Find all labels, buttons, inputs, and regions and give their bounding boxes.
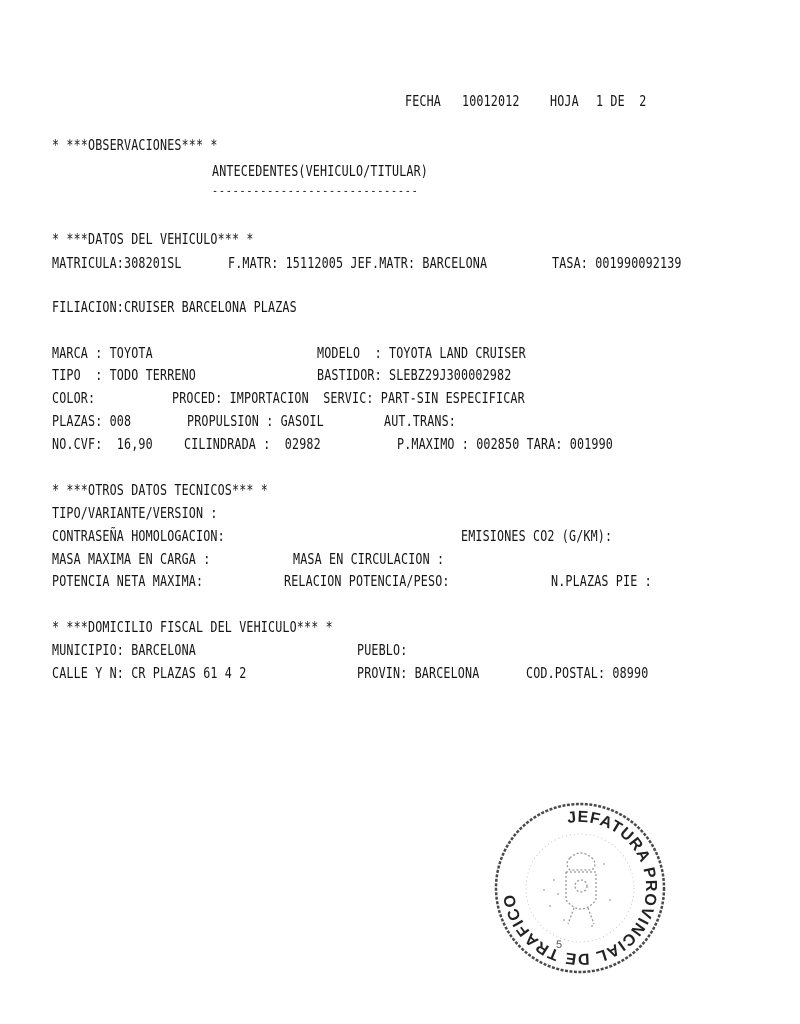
peso-maximo-tara: P.MAXIMO : 002850 TARA: 001990 [397, 435, 613, 453]
color: COLOR: [52, 389, 95, 407]
plazas-pie: N.PLAZAS PIE : [551, 572, 652, 590]
plazas: PLAZAS: 008 [52, 412, 131, 430]
marca: MARCA : TOYOTA [52, 344, 153, 362]
masa-maxima-carga: MASA MAXIMA EN CARGA : [52, 550, 210, 568]
otros-datos-title: * ***OTROS DATOS TECNICOS*** * [52, 481, 268, 499]
domicilio-title: * ***DOMICILIO FISCAL DEL VEHICULO*** * [52, 618, 333, 636]
tipo: TIPO : TODO TERRENO [52, 366, 196, 384]
observaciones-title: * ***OBSERVACIONES*** * [52, 136, 218, 154]
fecha-label: FECHA [405, 92, 441, 110]
municipio: MUNICIPIO: BARCELONA [52, 641, 196, 659]
observaciones-underline: ------------------------------ [212, 184, 419, 199]
aut-trans: AUT.TRANS: [384, 412, 456, 430]
observaciones-text: ANTECEDENTES(VEHICULO/TITULAR) [212, 162, 428, 180]
propulsion: PROPULSION : GASOIL [187, 412, 324, 430]
fecha-matriculacion: F.MATR: 15112005 JEF.MATR: BARCELONA [228, 254, 487, 272]
cilindrada: CILINDRADA : 02982 [184, 435, 321, 453]
stamp-bottom-text: 5 [556, 939, 562, 951]
tasa: TASA: 001990092139 [552, 254, 682, 272]
filiacion: FILIACION:CRUISER BARCELONA PLAZAS [52, 298, 297, 316]
emisiones-co2: EMISIONES CO2 (G/KM): [461, 527, 612, 545]
document-page: FECHA 10012012 HOJA 1 DE 2 * ***OBSERVAC… [0, 0, 800, 1024]
cvf: NO.CVF: 16,90 [52, 435, 153, 453]
datos-vehiculo-title: * ***DATOS DEL VEHICULO*** * [52, 230, 254, 248]
potencia-neta-maxima: POTENCIA NETA MAXIMA: [52, 572, 203, 590]
modelo: MODELO : TOYOTA LAND CRUISER [317, 344, 526, 362]
relacion-potencia-peso: RELACION POTENCIA/PESO: [284, 572, 450, 590]
svg-text:JEFATURA PROVINCIAL DE TRAFICO: JEFATURA PROVINCIAL DE TRAFICO [501, 809, 659, 967]
official-stamp-icon: JEFATURA PROVINCIAL DE TRAFICO 5 [492, 800, 668, 976]
contrasena-homologacion: CONTRASEÑA HOMOLOGACION: [52, 527, 225, 545]
stamp-ring-text: JEFATURA PROVINCIAL DE TRAFICO [501, 809, 659, 967]
pueblo: PUEBLO: [357, 641, 407, 659]
codigo-postal: COD.POSTAL: 08990 [526, 664, 648, 682]
hoja-value: 1 DE 2 [596, 92, 646, 110]
hoja-label: HOJA [550, 92, 579, 110]
procedencia-servicio: PROCED: IMPORTACION SERVIC: PART-SIN ESP… [172, 389, 525, 407]
calle: CALLE Y N: CR PLAZAS 61 4 2 [52, 664, 246, 682]
fecha-value: 10012012 [462, 92, 520, 110]
provincia: PROVIN: BARCELONA [357, 664, 479, 682]
bastidor: BASTIDOR: SLEBZ29J300002982 [317, 366, 511, 384]
masa-circulacion: MASA EN CIRCULACION : [293, 550, 444, 568]
matricula: MATRICULA:308201SL [52, 254, 182, 272]
tipo-variante-version: TIPO/VARIANTE/VERSION : [52, 504, 218, 522]
